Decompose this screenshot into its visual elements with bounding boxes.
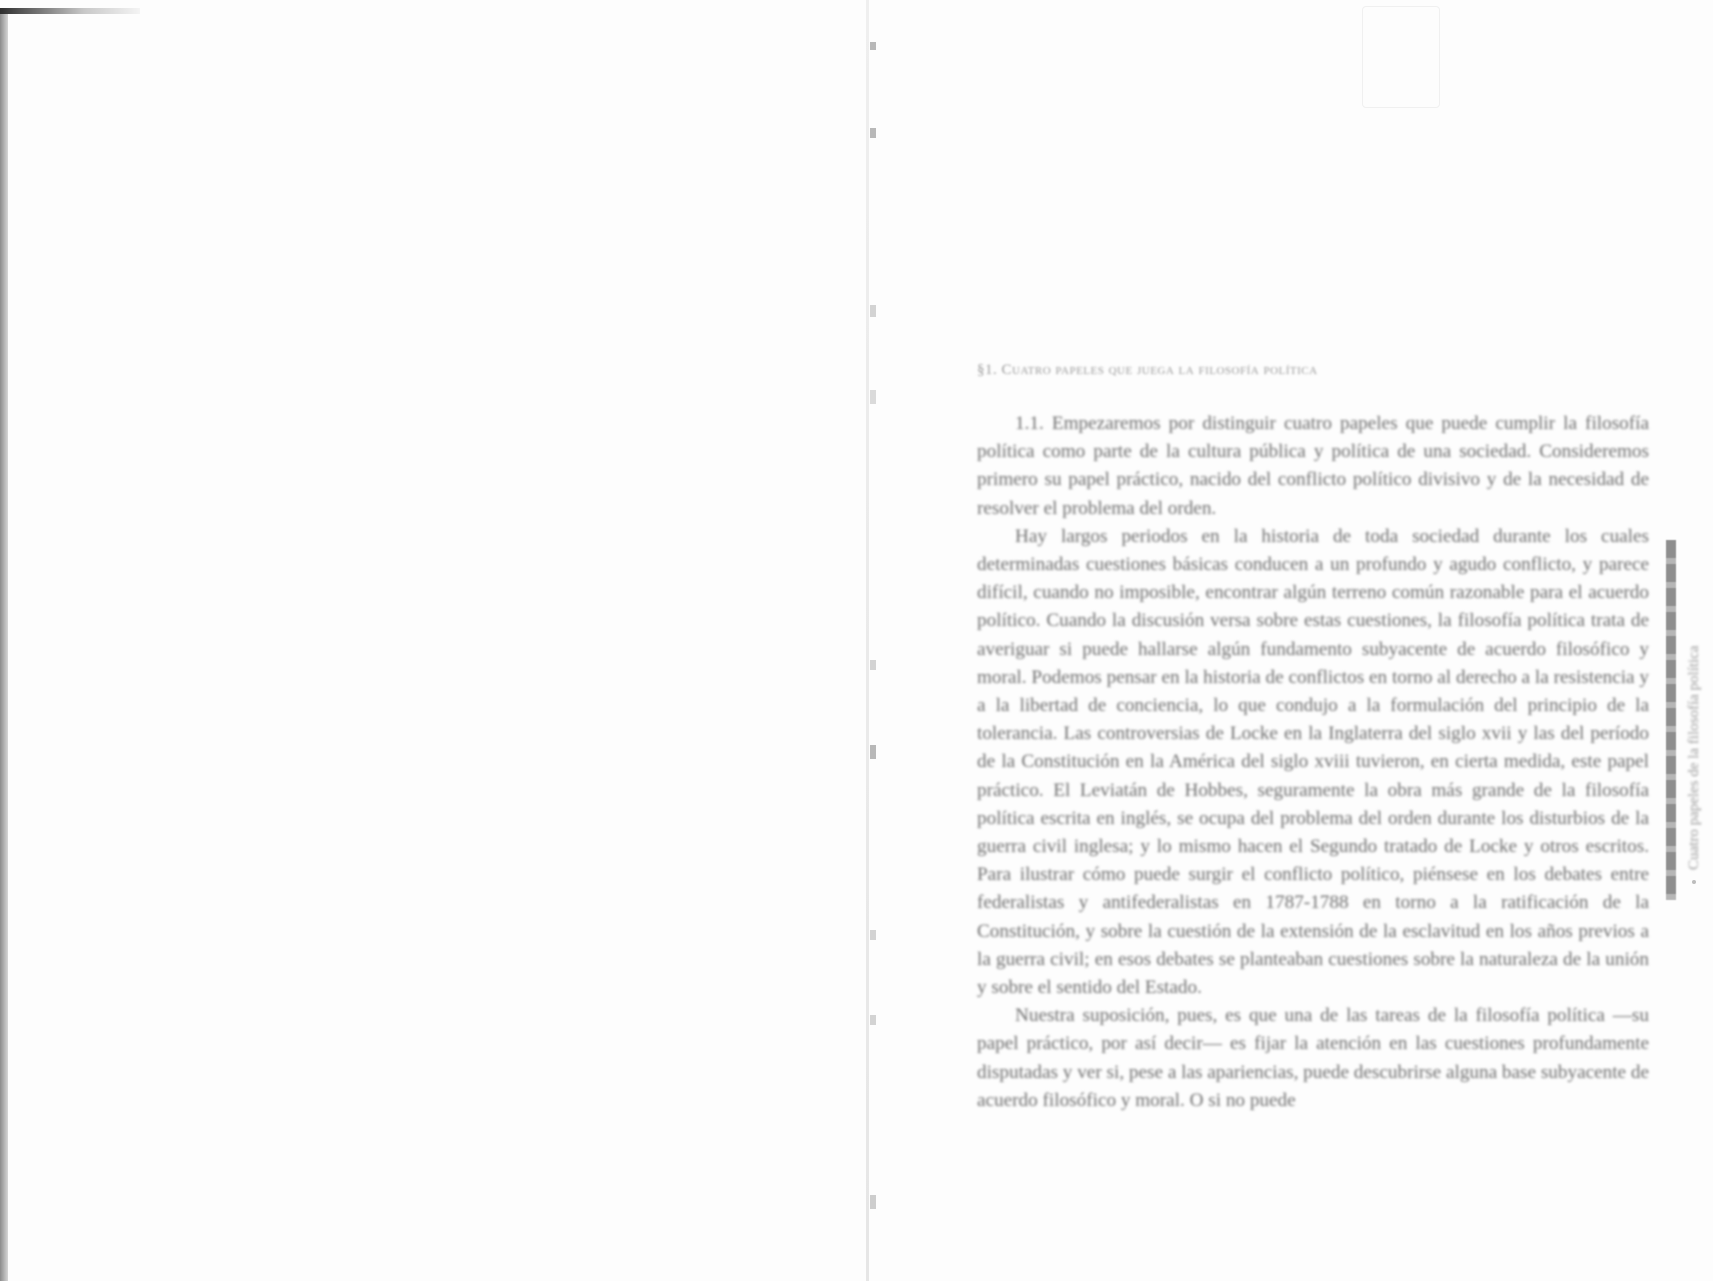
margin-tab-text: Cuatro papeles de la filosofía política — [1686, 580, 1710, 870]
margin-tab-bar — [1666, 540, 1676, 900]
body-text: 1.1. Empezaremos por distinguir cuatro p… — [977, 410, 1649, 1115]
margin-dot — [1692, 880, 1696, 884]
gutter-mark — [870, 930, 876, 940]
section-heading: §1. Cuatro papeles que juega la filosofí… — [977, 362, 1497, 379]
gutter-mark — [870, 390, 876, 404]
gutter-mark — [870, 42, 876, 50]
gutter-mark — [870, 1015, 876, 1025]
page-left-edge-shadow — [0, 14, 8, 1281]
gutter-mark — [870, 745, 876, 759]
gutter-mark — [870, 660, 876, 670]
paragraph: Nuestra suposición, pues, es que una de … — [977, 1002, 1649, 1115]
paragraph: 1.1. Empezaremos por distinguir cuatro p… — [977, 410, 1649, 523]
gutter-mark — [870, 1195, 876, 1209]
gutter-mark — [870, 128, 876, 138]
book-gutter — [866, 0, 869, 1281]
faint-box-outline — [1362, 6, 1440, 108]
left-page-blank — [8, 14, 866, 1281]
paragraph: Hay largos periodos en la historia de to… — [977, 523, 1649, 1002]
gutter-mark — [870, 305, 876, 317]
